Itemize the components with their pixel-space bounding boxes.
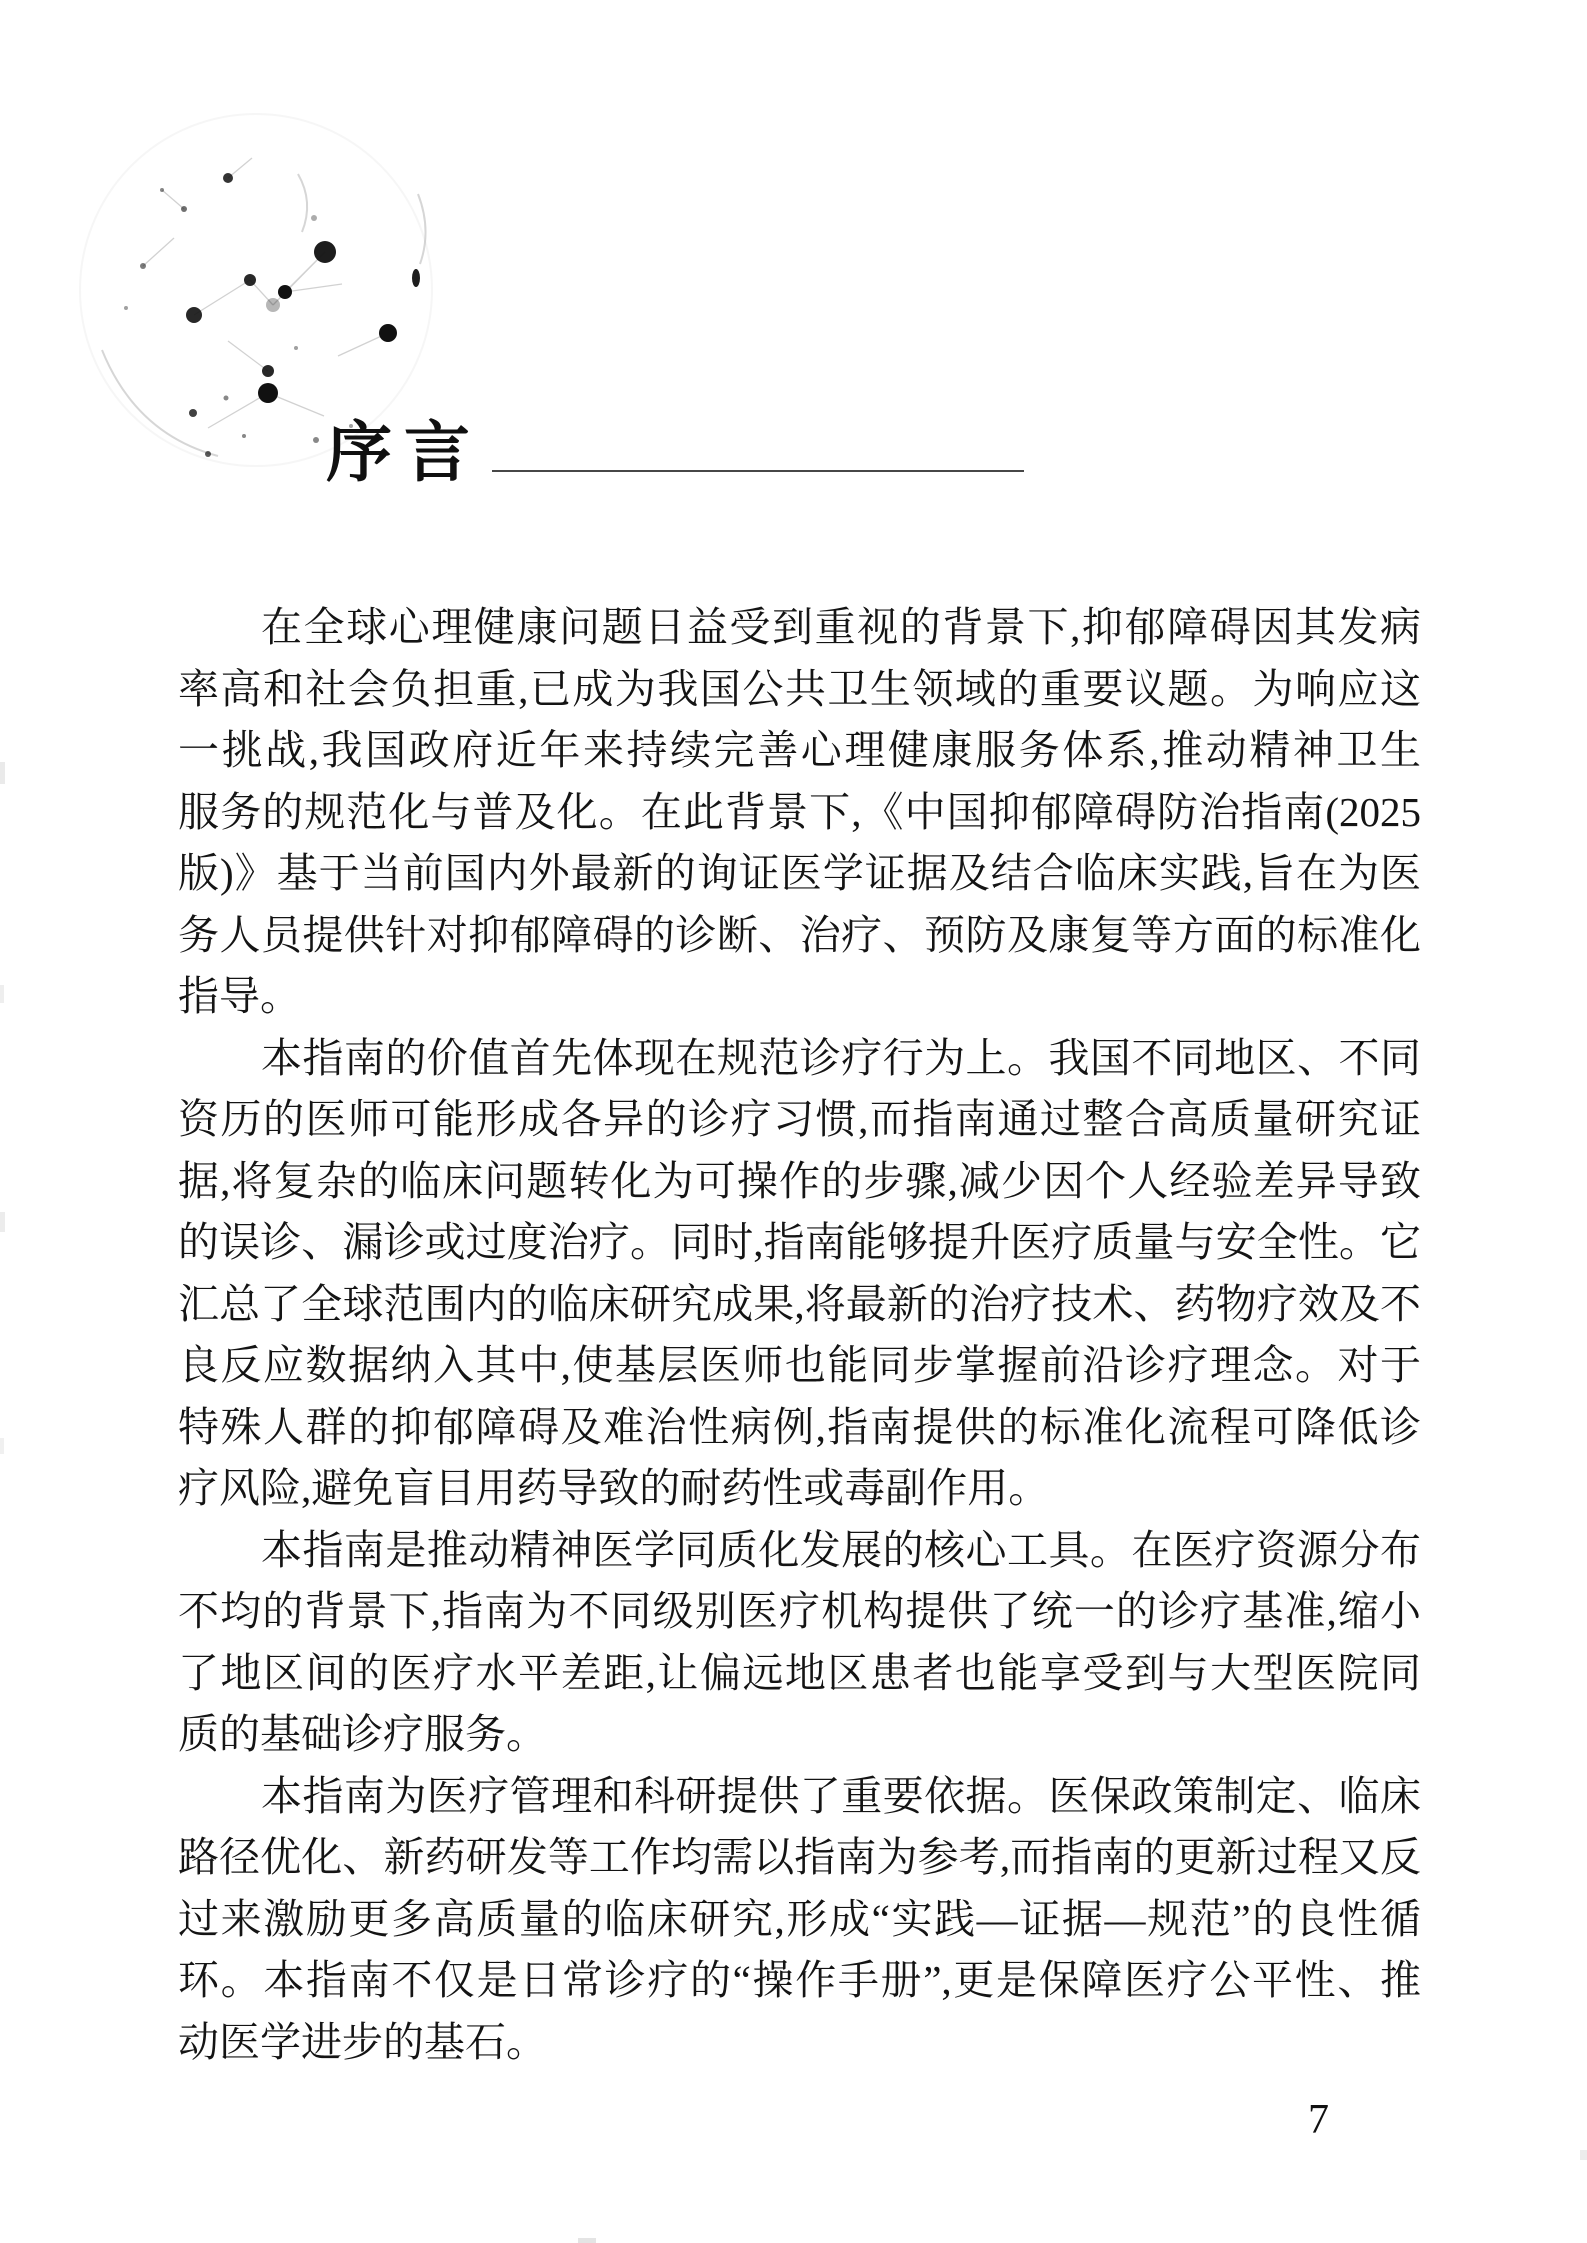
title-underline	[492, 470, 1024, 472]
page-number: 7	[1308, 2096, 1329, 2144]
text-line: 汇总了全球范围内的临床研究成果,将最新的治疗技术、药物疗效及不	[178, 1274, 1421, 1336]
scan-artifact	[1580, 2150, 1587, 2160]
text-line: 的误诊、漏诊或过度治疗。同时,指南能够提升医疗质量与安全性。它	[178, 1212, 1421, 1274]
text-line: 不均的背景下,指南为不同级别医疗机构提供了统一的诊疗基准,缩小	[178, 1581, 1421, 1643]
text-line: 良反应数据纳入其中,使基层医师也能同步掌握前沿诊疗理念。对于	[178, 1335, 1421, 1397]
scan-artifact	[0, 762, 5, 784]
page-title: 序言	[326, 408, 482, 500]
text-line: 本指南的价值首先体现在规范诊疗行为上。我国不同地区、不同	[178, 1028, 1421, 1090]
preface-body: 在全球心理健康问题日益受到重视的背景下,抑郁障碍因其发病率高和社会负担重,已成为…	[178, 597, 1421, 2073]
text-line: 指导。	[178, 966, 1421, 1028]
text-line: 过来激励更多高质量的临床研究,形成“实践—证据—规范”的良性循	[178, 1889, 1421, 1951]
text-line: 质的基础诊疗服务。	[178, 1704, 1421, 1766]
text-line: 版)》基于当前国内外最新的询证医学证据及结合临床实践,旨在为医	[178, 843, 1421, 905]
text-line: 本指南是推动精神医学同质化发展的核心工具。在医疗资源分布	[178, 1520, 1421, 1582]
text-line: 了地区间的医疗水平差距,让偏远地区患者也能享受到与大型医院同	[178, 1643, 1421, 1705]
scan-artifact	[578, 2238, 596, 2243]
text-line: 路径优化、新药研发等工作均需以指南为参考,而指南的更新过程又反	[178, 1827, 1421, 1889]
text-line: 务人员提供针对抑郁障碍的诊断、治疗、预防及康复等方面的标准化	[178, 905, 1421, 967]
text-line: 资历的医师可能形成各异的诊疗习惯,而指南通过整合高质量研究证	[178, 1089, 1421, 1151]
text-line: 率高和社会负担重,已成为我国公共卫生领域的重要议题。为响应这	[178, 659, 1421, 721]
paragraph: 本指南是推动精神医学同质化发展的核心工具。在医疗资源分布不均的背景下,指南为不同…	[178, 1520, 1421, 1766]
text-line: 服务的规范化与普及化。在此背景下,《中国抑郁障碍防治指南(2025	[178, 782, 1421, 844]
text-line: 一挑战,我国政府近年来持续完善心理健康服务体系,推动精神卫生	[178, 720, 1421, 782]
text-line: 疗风险,避免盲目用药导致的耐药性或毒副作用。	[178, 1458, 1421, 1520]
paragraph: 本指南的价值首先体现在规范诊疗行为上。我国不同地区、不同资历的医师可能形成各异的…	[178, 1028, 1421, 1520]
paragraph: 在全球心理健康问题日益受到重视的背景下,抑郁障碍因其发病率高和社会负担重,已成为…	[178, 597, 1421, 1028]
text-line: 本指南为医疗管理和科研提供了重要依据。医保政策制定、临床	[178, 1766, 1421, 1828]
text-line: 在全球心理健康问题日益受到重视的背景下,抑郁障碍因其发病	[178, 597, 1421, 659]
paragraph: 本指南为医疗管理和科研提供了重要依据。医保政策制定、临床路径优化、新药研发等工作…	[178, 1766, 1421, 2074]
text-line: 动医学进步的基石。	[178, 2012, 1421, 2074]
scan-artifact	[0, 1212, 5, 1232]
document-page: 序言 在全球心理健康问题日益受到重视的背景下,抑郁障碍因其发病率高和社会负担重,…	[0, 0, 1587, 2243]
text-line: 特殊人群的抑郁障碍及难治性病例,指南提供的标准化流程可降低诊	[178, 1397, 1421, 1459]
scan-artifact	[0, 1438, 4, 1454]
text-line: 环。本指南不仅是日常诊疗的“操作手册”,更是保障医疗公平性、推	[178, 1950, 1421, 2012]
text-line: 据,将复杂的临床问题转化为可操作的步骤,减少因个人经验差异导致	[178, 1151, 1421, 1213]
scan-artifact	[0, 985, 4, 1003]
